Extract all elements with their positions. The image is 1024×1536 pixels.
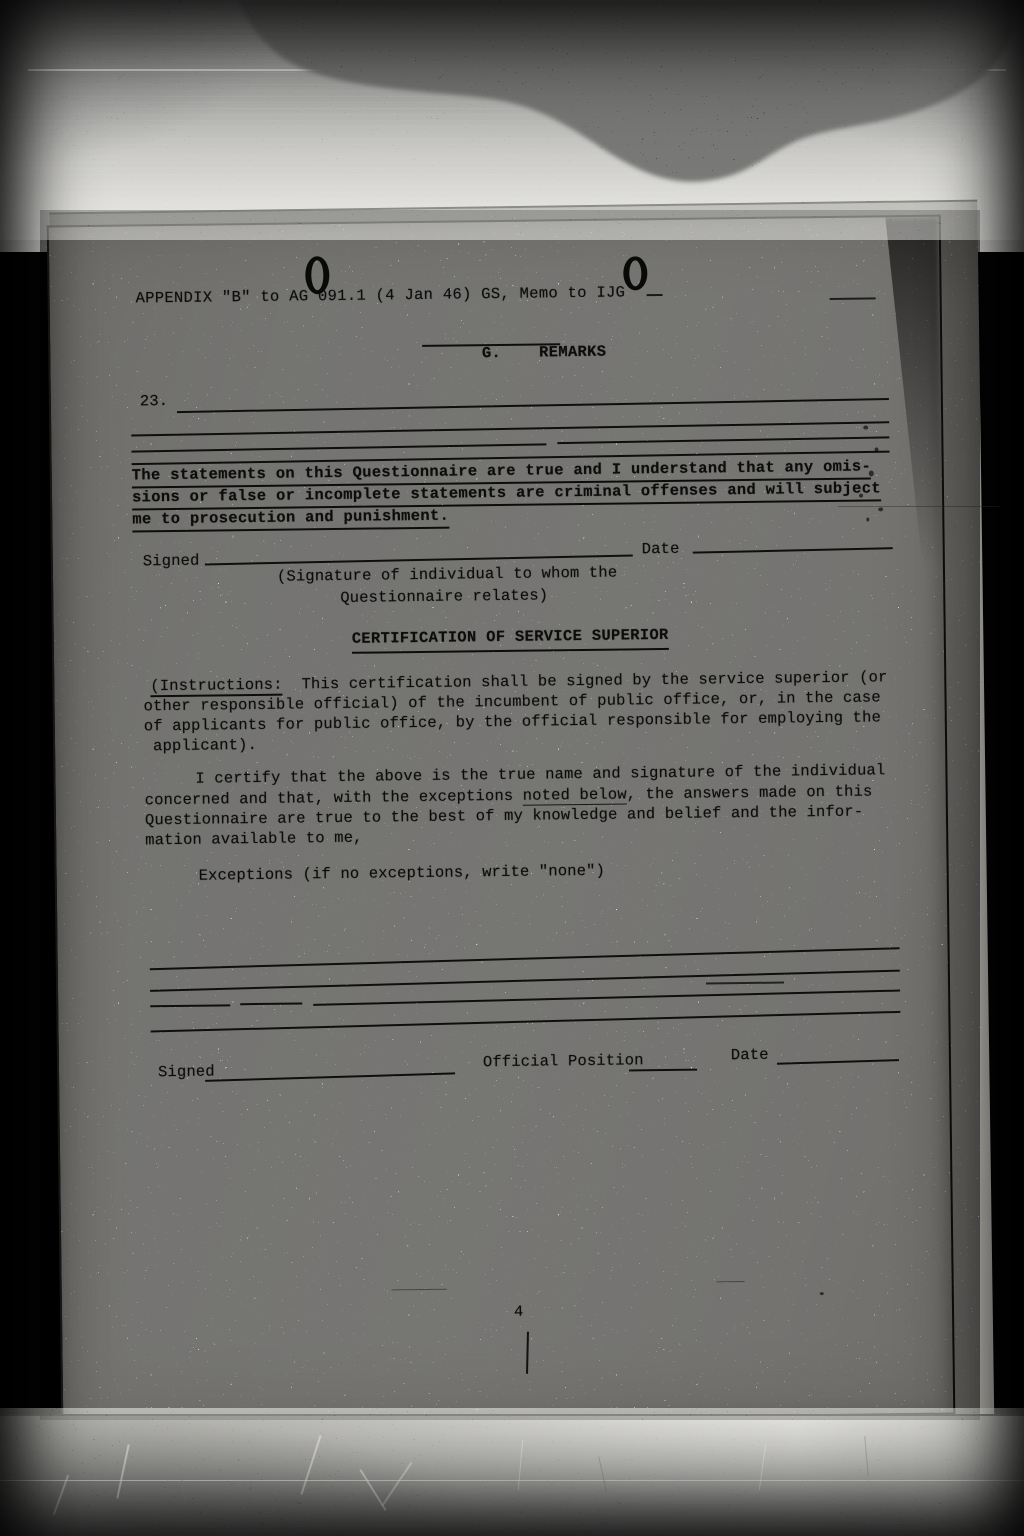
scan-scratch-line-bottom	[0, 1480, 1024, 1481]
answer-line	[150, 970, 900, 992]
exceptions-label: Exceptions (if no exceptions, write "non…	[199, 861, 606, 887]
answer-line	[131, 421, 889, 436]
answer-line	[313, 990, 900, 1006]
signature-caption: (Signature of individual to whom the	[277, 563, 617, 588]
ink-blot-shadow	[0, 0, 1024, 230]
scratch-mark	[518, 1440, 523, 1490]
answer-line	[557, 436, 889, 444]
certification-heading: CERTIFICATION OF SERVICE SUPERIOR	[352, 625, 669, 654]
certify-underlined-text: noted below	[523, 785, 627, 805]
signature-line	[205, 1072, 455, 1081]
instructions-line: applicant).	[153, 735, 257, 757]
section-title: REMARKS	[539, 343, 606, 362]
statement-line: me to prosecution and punishment.	[132, 506, 449, 533]
document-sheet: APPENDIX "B" to AG 091.1 (4 Jan 46) GS, …	[47, 215, 956, 1427]
date-label: Date	[642, 539, 680, 560]
ink-speckle	[874, 447, 878, 452]
corner-shadow	[847, 217, 944, 648]
section-heading: G.REMARKS	[424, 321, 607, 386]
ink-speckle	[859, 494, 863, 498]
certify-text: , the answers made on this	[627, 782, 873, 803]
scratch-mark	[598, 1456, 606, 1491]
scratch-mark	[300, 1435, 321, 1495]
certify-line: mation available to me,	[145, 828, 363, 852]
answer-line	[150, 1004, 230, 1007]
ink-speckle	[820, 1292, 824, 1295]
oval-mark-icon	[623, 256, 647, 290]
answer-line	[240, 1002, 302, 1005]
stray-dash	[706, 982, 784, 985]
section-letter: G.	[482, 344, 501, 362]
date-line	[777, 1059, 899, 1065]
ink-speckle	[866, 517, 869, 521]
signed-label: Signed	[143, 551, 200, 573]
position-line	[629, 1069, 697, 1072]
ink-speckle	[869, 470, 874, 476]
scratch-mark	[864, 1436, 868, 1476]
scan-bottom-shadow-band	[0, 1414, 1024, 1536]
signature-caption: Questionnaire relates)	[340, 585, 548, 609]
scratch-mark	[759, 1444, 766, 1490]
item-23-label: 23.	[140, 391, 169, 412]
stray-dash	[392, 1289, 447, 1291]
answer-line	[151, 1011, 901, 1033]
answer-line	[131, 443, 546, 452]
official-position-label: Official Position	[483, 1050, 644, 1073]
stray-dash	[830, 297, 876, 300]
date-line	[693, 547, 893, 554]
stray-dash	[717, 1281, 745, 1282]
stray-dash	[647, 294, 663, 296]
scratch-mark	[116, 1444, 129, 1498]
scratch-mark	[179, 1464, 186, 1504]
answer-line	[177, 398, 889, 413]
date-label: Date	[731, 1045, 769, 1066]
scratch-mark	[382, 1462, 413, 1506]
answer-line	[150, 947, 900, 970]
ink-speckle	[863, 425, 868, 429]
crease-line	[838, 506, 1000, 507]
header-line: APPENDIX "B" to AG 091.1 (4 Jan 46) GS, …	[135, 282, 625, 309]
ink-speckle	[878, 507, 883, 511]
scratch-mark	[526, 1332, 529, 1374]
scanned-document-photo: APPENDIX "B" to AG 091.1 (4 Jan 46) GS, …	[0, 0, 1024, 1536]
page-number: 4	[514, 1302, 524, 1323]
